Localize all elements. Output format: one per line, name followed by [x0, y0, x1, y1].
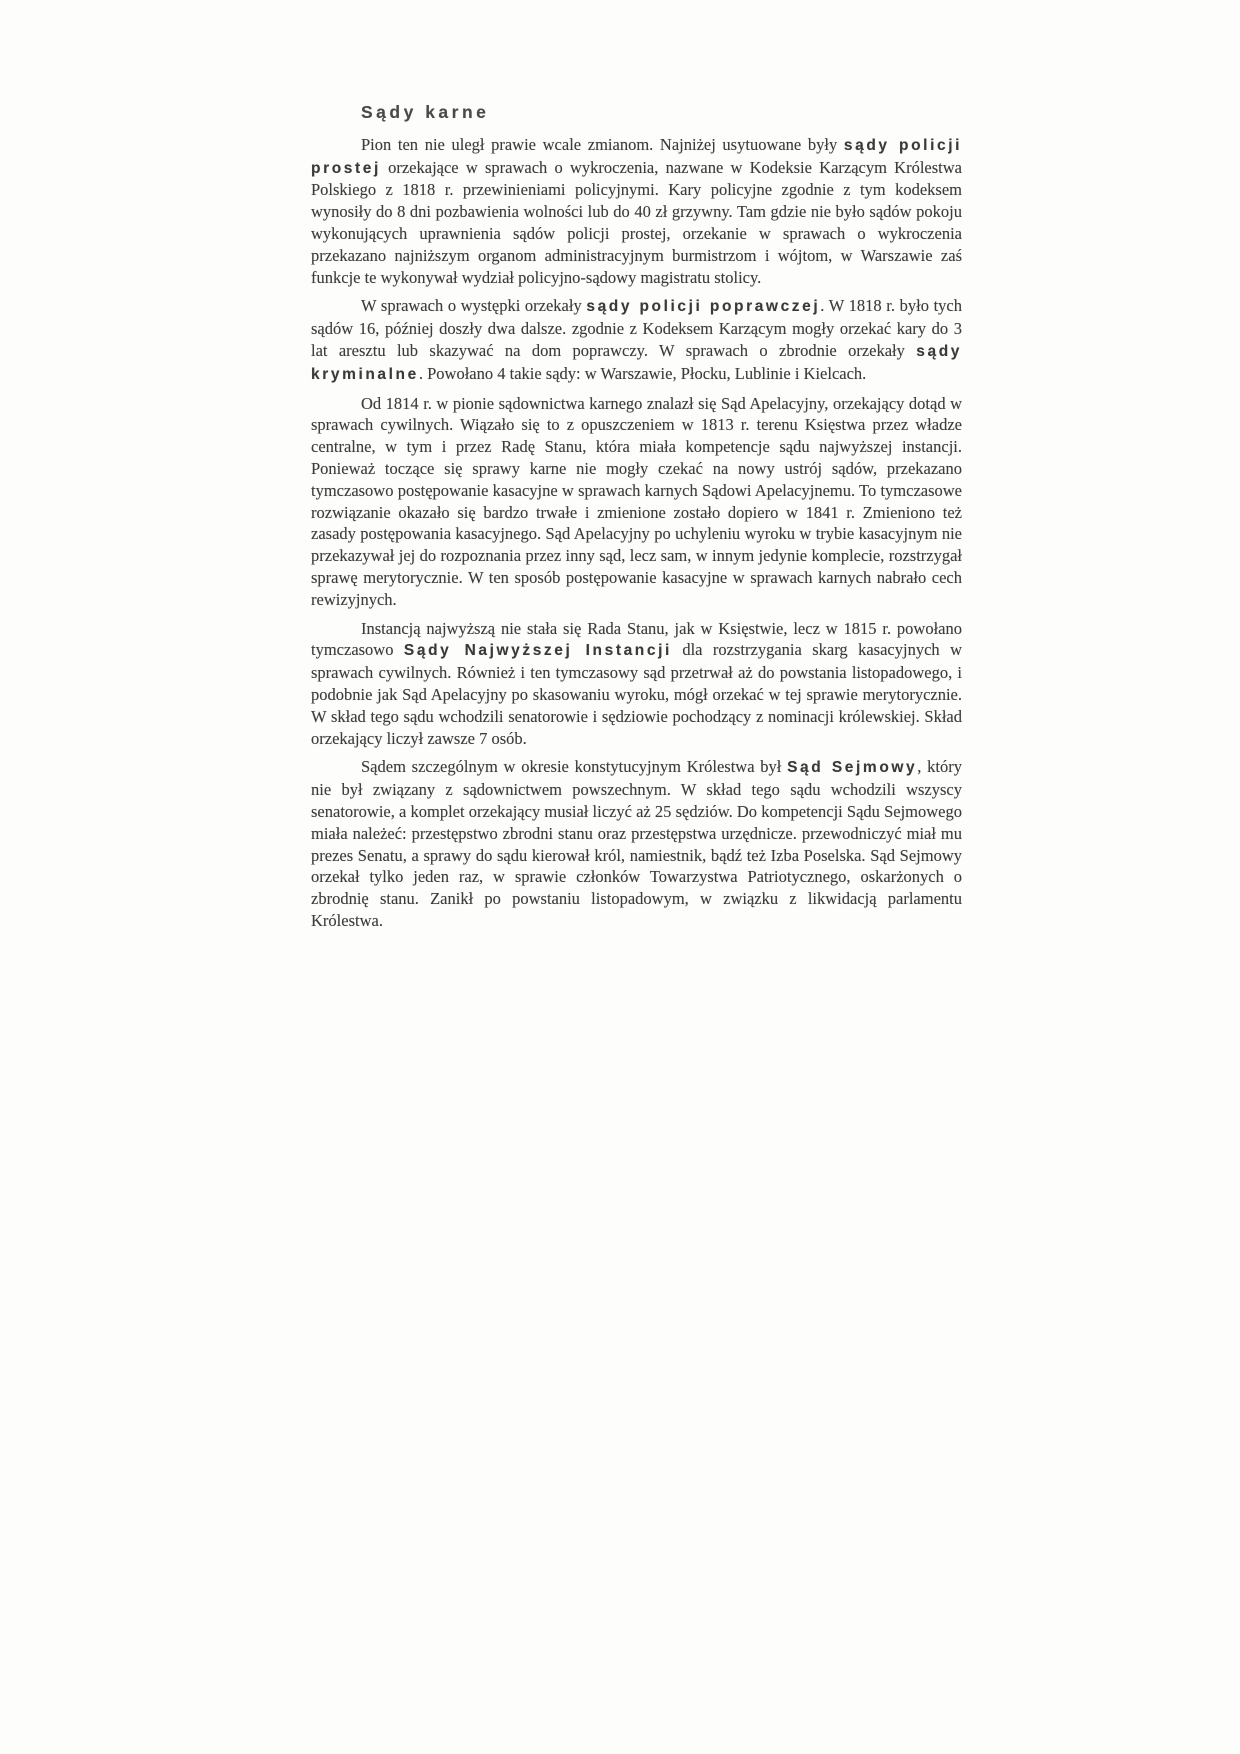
emphasized-term: Sądy Najwyższej Instancji [404, 642, 672, 659]
text-block: Sądy karne Pion ten nie uległ prawie wca… [311, 102, 962, 939]
paragraph: Instancją najwyższą nie stała się Rada S… [311, 618, 962, 750]
paragraph: Pion ten nie uległ prawie wcale zmianom.… [311, 134, 962, 289]
body-text: Od 1814 r. w pionie sądownictwa karnego … [311, 394, 962, 609]
section-heading: Sądy karne [311, 102, 962, 124]
paragraph: W sprawach o występki orzekały sądy poli… [311, 295, 962, 385]
paragraphs-container: Pion ten nie uległ prawie wcale zmianom.… [311, 134, 962, 932]
paragraph: Sądem szczególnym w okresie konstytucyjn… [311, 756, 962, 931]
body-text: orzekające w sprawach o wykroczenia, naz… [311, 158, 962, 287]
scanned-document-page: Sądy karne Pion ten nie uległ prawie wca… [0, 0, 1240, 1754]
emphasized-term: sądy policji poprawczej [586, 298, 820, 315]
body-text: , który nie był związany z sądownictwem … [311, 757, 962, 930]
body-text: . Powołano 4 takie sądy: w Warszawie, Pł… [419, 364, 866, 383]
body-text: Sądem szczególnym w okresie konstytucyjn… [361, 757, 787, 776]
body-text: W sprawach o występki orzekały [361, 296, 586, 315]
emphasized-term: Sąd Sejmowy [787, 759, 917, 776]
paragraph: Od 1814 r. w pionie sądownictwa karnego … [311, 393, 962, 611]
body-text: Pion ten nie uległ prawie wcale zmianom.… [361, 135, 844, 154]
